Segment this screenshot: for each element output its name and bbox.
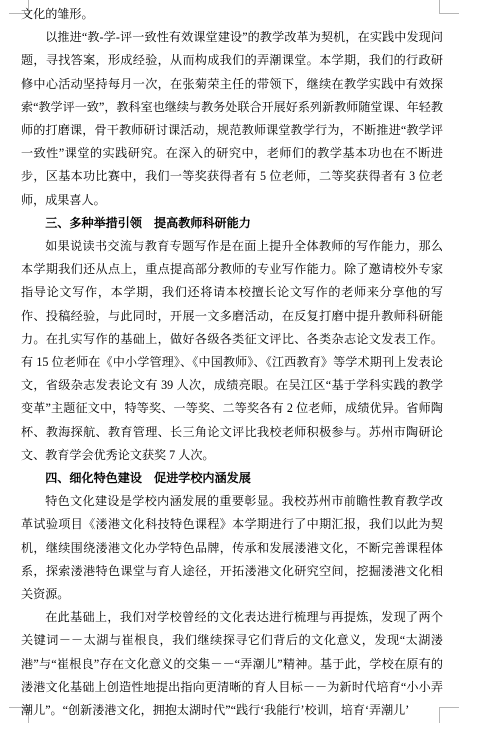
- paragraph-body: 在此基础上，我们对学校曾经的文化表达进行梳理与再提炼，发现了两个关键词－－太湖与…: [21, 606, 443, 722]
- paragraph-continuation: 文化的雏形。: [21, 3, 443, 26]
- paragraph-body: 特色文化建设是学校内涵发展的重要彰显。我校苏州市前瞻性教育教学改革试验项目《溇港…: [21, 490, 443, 606]
- section-heading-3: 三、多种举措引领 提高教师科研能力: [21, 212, 443, 235]
- document-page: 文化的雏形。 以推进“教-学-评一致性有效课堂建设”的教学改革为契机，在实践中发…: [0, 0, 482, 741]
- paragraph-body: 如果说读书交流与教育专题写作是在面上提升全体教师的写作能力，那么本学期我们还从点…: [21, 235, 443, 467]
- page-text-area: 文化的雏形。 以推进“教-学-评一致性有效课堂建设”的教学改革为契机，在实践中发…: [21, 3, 443, 722]
- paragraph-body: 以推进“教-学-评一致性有效课堂建设”的教学改革为契机，在实践中发现问题，寻找答…: [21, 26, 443, 212]
- section-heading-4: 四、细化特色建设 促进学校内涵发展: [21, 467, 443, 490]
